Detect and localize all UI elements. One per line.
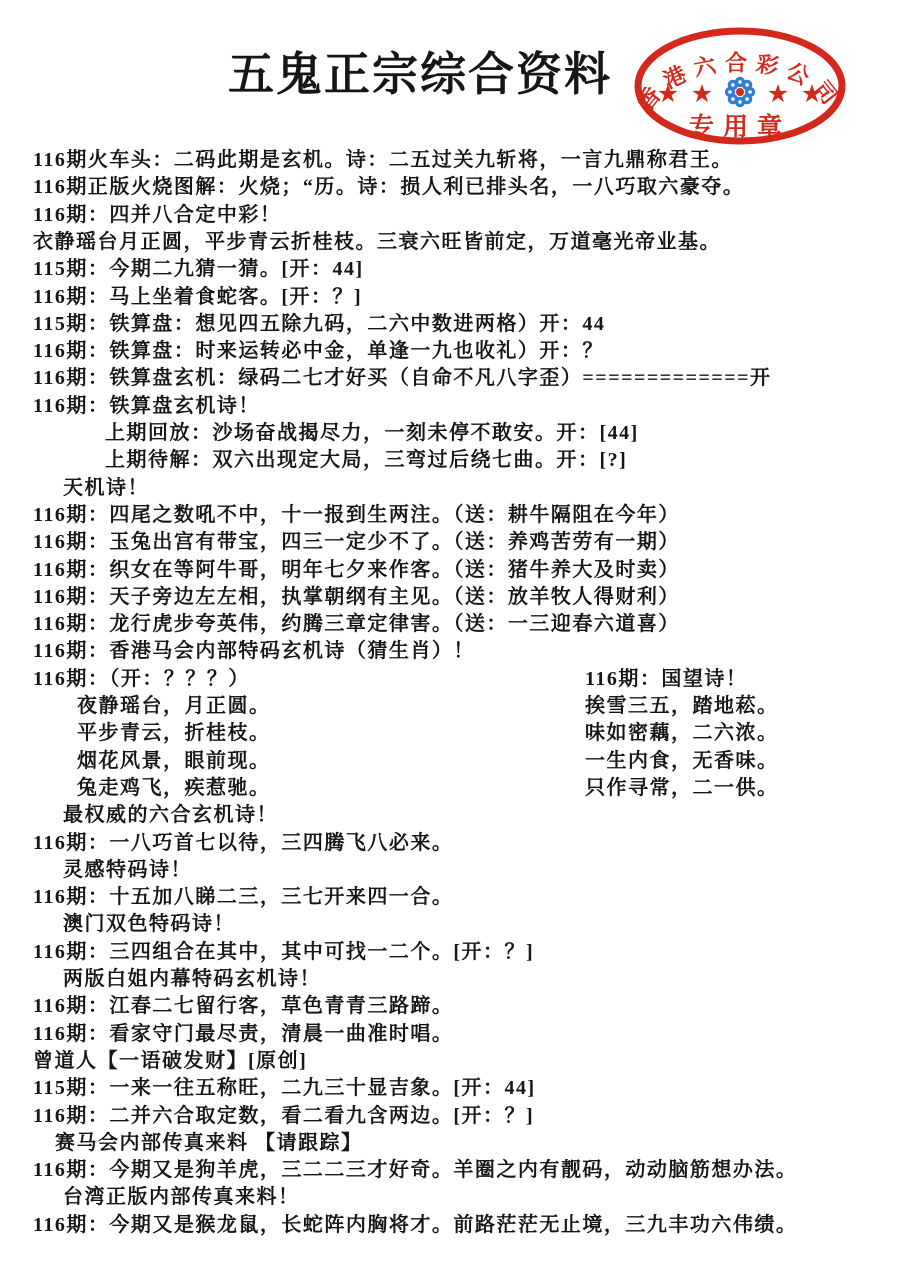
text-line: 澳门双色特码诗！ [63,911,235,937]
text-line: 一生内食，无香味。 [585,748,779,774]
text-line: 116期：十五加八睇二三，三七开来四一合。 [33,884,453,910]
text-line: 味如密藕，二六浓。 [585,720,779,746]
text-line: 烟花风景，眼前现。 [77,748,271,774]
text-line: 灵感特码诗！ [63,857,192,883]
stamp-bottom-text: 专用章 [689,112,791,141]
text-line: 上期回放：沙场奋战揭尽力，一刻未停不敢安。开：[44] [105,420,639,446]
page-title: 五鬼正宗综合资料 [228,38,612,104]
text-line: 116期：香港马会内部特码玄机诗（猜生肖）！ [33,638,475,664]
text-line: 116期：三四组合在其中，其中可找一二个。[开：？] [33,939,534,965]
text-line: 116期：二并六合取定数，看二看九含两边。[开：？] [33,1103,534,1129]
text-line: 曾道人【一语破发财】[原创] [33,1048,307,1074]
text-line: 只作寻常，二一供。 [585,775,779,801]
bauhinia-flower-icon [725,77,755,107]
text-line: 115期：今期二九猜一猜。[开：44] [33,256,364,282]
text-line: 116期：龙行虎步夸英伟，约腾三章定律害。（送：一三迎春六道喜） [33,611,680,637]
text-line: 116期：四尾之数吼不中，十一报到生两注。（送：耕牛隔阻在今年） [33,502,680,528]
text-line: 挨雪三五，踏地菘。 [585,693,779,719]
text-line: 116期：织女在等阿牛哥，明年七夕来作客。（送：猪牛养大及时卖） [33,557,680,583]
text-line: 平步青云，折桂枝。 [77,720,271,746]
text-line: 116期：国望诗！ [585,666,747,692]
text-line: 116期：（开：？？？） [33,666,250,692]
text-line: 台湾正版内部传真来料！ [63,1184,300,1210]
text-line: 116期：铁算盘：时来运转必中金，单逢一九也收礼）开：？ [33,338,604,364]
star-icon: ★ [657,81,679,108]
text-line: 116期：今期又是猴龙鼠，长蛇阵内胸将才。前路茫茫无止境，三九丰功六伟绩。 [33,1212,797,1238]
text-line: 116期：马上坐着食蛇客。[开：？] [33,284,362,310]
text-line: 115期：一来一往五称旺，二九三十显吉象。[开：44] [33,1075,536,1101]
text-line: 116期正版火烧图解：火烧；“历。诗：损人利已排头名，一八巧取六豪夺。 [33,174,744,200]
text-line: 上期待解：双六出现定大局，三弯过后绕七曲。开：[?] [105,447,627,473]
text-line: 116期：天子旁边左左相，执掌朝纲有主见。（送：放羊牧人得财利） [33,584,680,610]
text-line: 兔走鸡飞，疾惹驰。 [77,775,271,801]
text-line: 天机诗！ [63,475,149,501]
text-line: 116期：一八巧首七以待，三四腾飞八必来。 [33,830,453,856]
text-line: 夜静瑶台，月正圆。 [77,693,271,719]
star-icon: ★ [801,81,823,108]
star-icon: ★ [691,81,713,108]
text-line: 116期：江春二七留行客，草色青青三路蹄。 [33,993,453,1019]
text-line: 116期火车头：二码此期是玄机。诗：二五过关九斩将，一言九鼎称君王。 [33,147,733,173]
document-page: 五鬼正宗综合资料 香港六合彩公司 ★ ★ ★ ★ [0,0,900,1267]
text-line: 衣静瑶台月正圆，平步青云折桂枝。三衰六旺皆前定，万道毫光帝业基。 [33,229,721,255]
text-line: 赛马会内部传真来料 【请跟踪】 [55,1130,363,1156]
text-line: 116期：玉兔出宫有带宝，四三一定少不了。（送：养鸡苦劳有一期） [33,529,680,555]
text-line: 最权威的六合玄机诗！ [63,802,278,828]
star-icon: ★ [767,81,789,108]
text-line: 两版白姐内幕特码玄机诗！ [63,966,321,992]
text-line: 116期：铁算盘玄机诗！ [33,393,260,419]
text-line: 116期：看家守门最尽责，清晨一曲准时唱。 [33,1021,453,1047]
text-line: 115期：铁算盘：想见四五除九码，二六中数进两格）开：44 [33,311,605,337]
company-stamp: 香港六合彩公司 ★ ★ ★ ★ 专用章 [628,22,858,152]
text-line: 116期：今期又是狗羊虎，三二二三才好奇。羊圈之内有靓码，动动脑筋想办法。 [33,1157,797,1183]
text-line: 116期：四并八合定中彩！ [33,202,281,228]
text-line: 116期：铁算盘玄机：绿码二七才好买（自命不凡八字歪）=============… [33,365,772,391]
